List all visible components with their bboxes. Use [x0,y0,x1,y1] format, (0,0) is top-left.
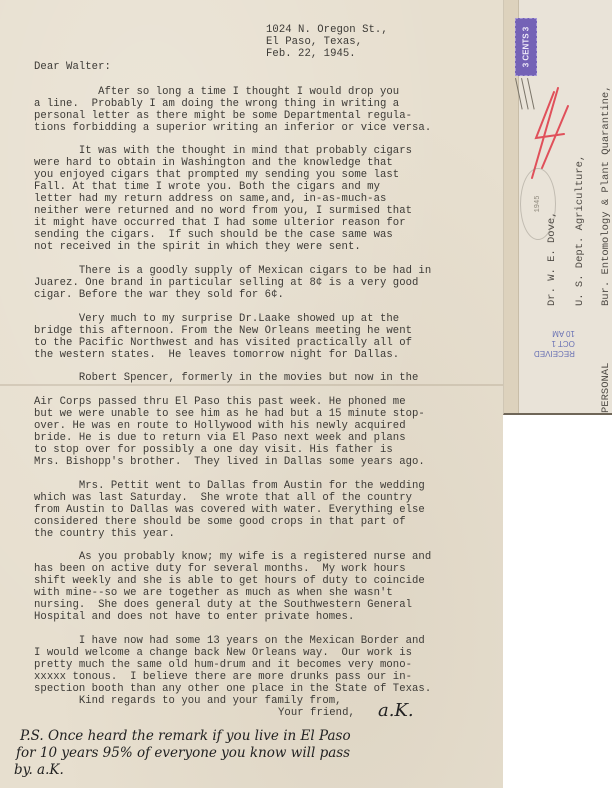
received-stamp-date: OCT 1 [534,338,575,348]
body-line: neither were returned and no word from y… [34,205,412,217]
letter-date: Feb. 22, 1945. [266,48,356,60]
body-line: I have now had some 13 years on the Mexi… [34,635,425,647]
body-line: a line. Probably I am doing the wrong th… [34,98,399,110]
body-line: not received in the spirit in which they… [34,241,361,253]
postmark-year: 1945 [534,196,542,213]
postscript-line-2: for 10 years 95% of everyone you know wi… [16,745,350,761]
body-line: As you probably know; my wife is a regis… [34,551,431,563]
body-line: the country this year. [34,528,175,540]
body-line: spection booth than any other one place … [34,683,431,695]
body-line: personal letter as there might be some D… [34,110,412,122]
body-line: Juarez. One brand in particular selling … [34,277,418,289]
body-line: sending the cigars. If such should be th… [34,229,393,241]
received-stamp-label: RECEIVED [534,348,575,358]
body-line: shift weekly and she is able to get hour… [34,575,425,587]
body-line: Hospital and does not have to enter priv… [34,611,354,623]
body-line: cigar. Before the war they sold for 6¢. [34,289,284,301]
stamp-denomination: 3 CENTS 3 [522,27,531,67]
body-line: letter had my return address on same,and… [34,193,386,205]
body-line: It was with the thought in mind that pro… [34,145,412,157]
body-line: which was last Saturday. She wrote that … [34,492,412,504]
body-line: but we were unable to see him as he had … [34,408,425,420]
body-line: Robert Spencer, formerly in the movies b… [34,372,418,384]
body-line: There is a goodly supply of Mexican ciga… [34,265,431,277]
body-line: Fall. At that time I wrote you. Both the… [34,181,380,193]
signature: a.K. [378,700,414,721]
body-line: bridge this afternoon. From the New Orle… [34,325,412,337]
body-line: Very much to my surprise Dr.Laake showed… [34,313,399,325]
return-address-line-1: 1024 N. Oregon St., [266,24,388,36]
body-line: Mrs. Pettit went to Dallas from Austin f… [34,480,425,492]
body-line: were hard to obtain in Washington and th… [34,157,393,169]
body-line: it might have occurred that I had some u… [34,217,406,229]
body-line: to stop over for possibly a one day visi… [34,444,393,456]
addressee-bureau: Bur. Entomology & Plant Quarantine, [600,85,612,306]
body-line: tions forbidding a superior writing an i… [34,122,431,134]
body-line: nursing. She does general duty at the So… [34,599,412,611]
envelope: 3 CENTS 3 43 1945 Dr. W. E. Dove, U. S. … [503,0,612,415]
body-line: After so long a time I thought I would d… [34,86,399,98]
body-line: from Austin to Dallas was covered with w… [34,504,425,516]
body-line: the western states. He leaves tomorrow n… [34,349,399,361]
postscript-line-1: P.S. Once heard the remark if you live i… [20,728,351,744]
body-line: with mine--so we are together as much as… [34,587,393,599]
return-address-line-2: El Paso, Texas, [266,36,362,48]
addressee-dept: U. S. Dept. Agriculture, [574,155,586,306]
letter-page: 1024 N. Oregon St., El Paso, Texas, Feb.… [0,0,503,788]
body-line: Kind regards to you and your family from… [34,695,342,707]
body-line: has been on active duty for several mont… [34,563,406,575]
fold-crease [0,384,503,386]
body-line: bride. He is due to return via El Paso n… [34,432,406,444]
body-line: you enjoyed cigars that prompted my send… [34,169,399,181]
personal-marking: PERSONAL [600,363,612,413]
received-stamp: RECEIVED OCT 1 10 AM [534,328,575,358]
closing: Your friend, [278,707,355,719]
body-line: considered there should be some good cro… [34,516,406,528]
postscript-line-3: by. a.K. [14,762,64,778]
body-line: Air Corps passed thru El Paso this past … [34,396,406,408]
salutation: Dear Walter: [34,61,111,73]
body-line: I would welcome a change back New Orlean… [34,647,412,659]
body-line: pretty much the same old hum-drum and it… [34,659,412,671]
received-stamp-time: 10 AM [534,328,575,338]
body-line: Mrs. Bishopp's brother. They lived in Da… [34,456,425,468]
addressee-name: Dr. W. E. Dove, [546,211,558,306]
body-line: to the Pacific Northwest and has visited… [34,337,412,349]
body-line: xxxxx tonous. I believe there are more d… [34,671,412,683]
body-line: over. He was en route to Hollywood with … [34,420,406,432]
